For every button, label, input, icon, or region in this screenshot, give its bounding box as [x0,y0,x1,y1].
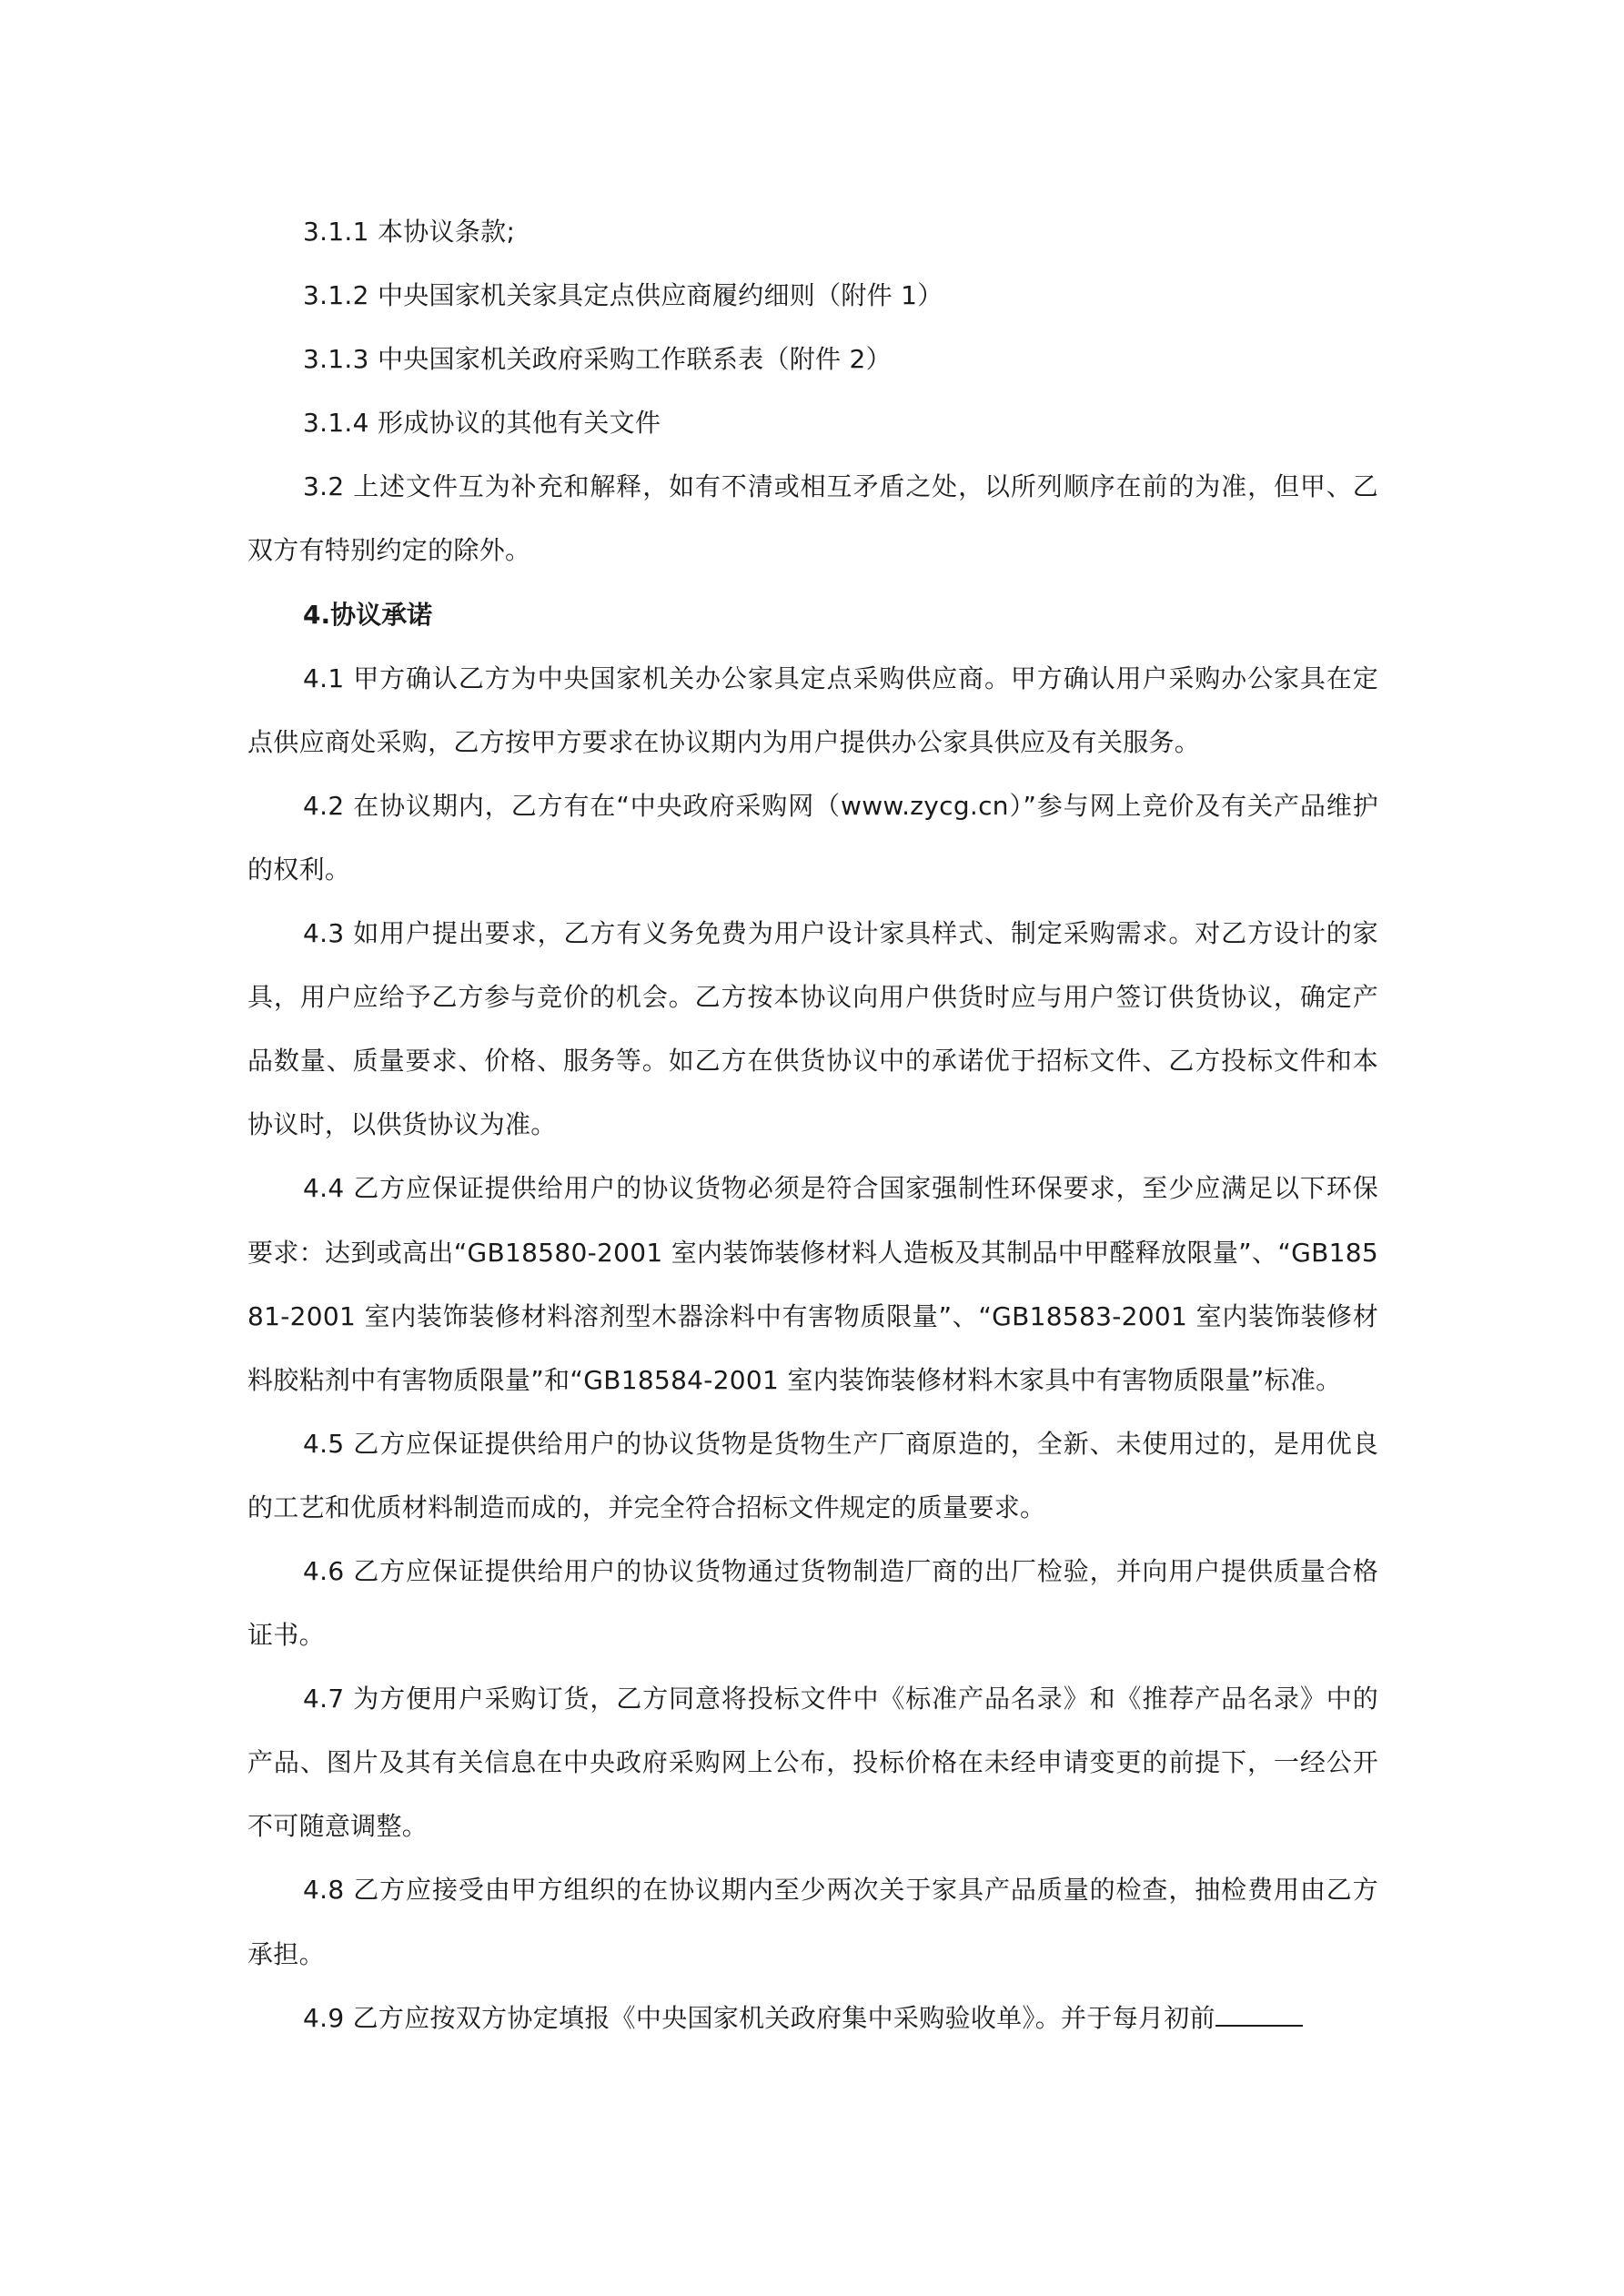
clause-4-2: 4.2 在协议期内，乙方有在“中央政府采购网（www.zycg.cn）”参与网上… [247,774,1378,902]
clause-3-1-4: 3.1.4 形成协议的其他有关文件 [247,391,1378,455]
clause-4-8: 4.8 乙方应接受由甲方组织的在协议期内至少两次关于家具产品质量的检查，抽检费用… [247,1858,1378,1986]
clause-4-1: 4.1 甲方确认乙方为中央国家机关办公家具定点采购供应商。甲方确认用户采购办公家… [247,647,1378,774]
clause-3-1-3: 3.1.3 中央国家机关政府采购工作联系表（附件 2） [247,328,1378,391]
section-4-heading: 4.协议承诺 [247,583,1378,647]
clause-3-1-1: 3.1.1 本协议条款; [247,200,1378,264]
clause-3-1-2: 3.1.2 中央国家机关家具定点供应商履约细则（附件 1） [247,264,1378,328]
clause-4-3: 4.3 如用户提出要求，乙方有义务免费为用户设计家具样式、制定采购需求。对乙方设… [247,902,1378,1157]
clause-4-9-text: 4.9 乙方应按双方协定填报《中央国家机关政府集中采购验收单》。并于每月初前 [303,2003,1215,2033]
clause-4-9: 4.9 乙方应按双方协定填报《中央国家机关政府集中采购验收单》。并于每月初前 [247,1987,1378,2050]
clause-4-7: 4.7 为方便用户采购订货，乙方同意将投标文件中《标准产品名录》和《推荐产品名录… [247,1667,1378,1858]
clause-3-2: 3.2 上述文件互为补充和解释，如有不清或相互矛盾之处，以所列顺序在前的为准，但… [247,455,1378,582]
clause-4-5: 4.5 乙方应保证提供给用户的协议货物是货物生产厂商原造的，全新、未使用过的，是… [247,1412,1378,1540]
clause-4-4: 4.4 乙方应保证提供给用户的协议货物必须是符合国家强制性环保要求，至少应满足以… [247,1157,1378,1411]
fill-in-blank [1215,2001,1303,2027]
document-page: 3.1.1 本协议条款; 3.1.2 中央国家机关家具定点供应商履约细则（附件 … [247,200,1378,2050]
clause-4-6: 4.6 乙方应保证提供给用户的协议货物通过货物制造厂商的出厂检验，并向用户提供质… [247,1540,1378,1667]
